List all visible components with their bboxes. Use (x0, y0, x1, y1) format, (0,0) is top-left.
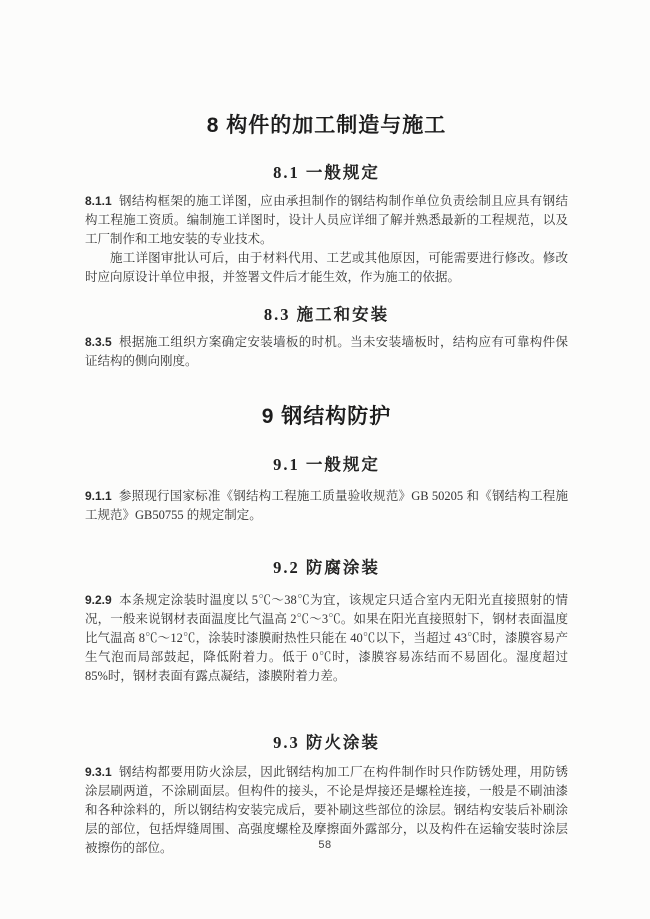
clause-8-3-5-text: 根据施工组织方案确定安装墙板的时机。当未安装墙板时，结构应有可靠构件保证结构的侧… (85, 335, 568, 368)
clause-9-1-1-text: 参照现行国家标准《钢结构工程施工质量验收规范》GB 50205 和《钢结构工程施… (85, 489, 568, 522)
section-9-1-heading: 9.1 一般规定 (85, 455, 568, 475)
clause-8-1-1: 8.1.1钢结构框架的施工详图，应由承担制作的钢结构制作单位负责绘制且应具有钢结… (85, 192, 568, 249)
clause-8-3-5-number: 8.3.5 (85, 335, 112, 349)
clause-9-2-9: 9.2.9本条规定涂装时温度以 5℃～38℃为宜，该规定只适合室内无阳光直接照射… (85, 591, 568, 686)
clause-8-1-1-continuation: 施工详图审批认可后，由于材料代用、工艺或其他原因，可能需要进行修改。修改时应向原… (85, 249, 568, 287)
clause-8-1-1-number: 8.1.1 (85, 194, 112, 208)
clause-9-1-1-number: 9.1.1 (85, 489, 112, 503)
section-9-2-heading: 9.2 防腐涂装 (85, 558, 568, 578)
clause-9-2-9-text: 本条规定涂装时温度以 5℃～38℃为宜，该规定只适合室内无阳光直接照射的情况，一… (85, 593, 568, 683)
section-8-1-heading: 8.1 一般规定 (85, 163, 568, 183)
document-page: 8 构件的加工制造与施工 8.1 一般规定 8.1.1钢结构框架的施工详图，应由… (0, 0, 650, 919)
clause-8-3-5: 8.3.5根据施工组织方案确定安装墙板的时机。当未安装墙板时，结构应有可靠构件保… (85, 333, 568, 371)
clause-9-2-9-number: 9.2.9 (85, 593, 112, 607)
section-9-3-heading: 9.3 防火涂装 (85, 733, 568, 753)
chapter-8-title: 8 构件的加工制造与施工 (85, 112, 568, 140)
chapter-9-title: 9 钢结构防护 (85, 403, 568, 431)
clause-9-3-1-number: 9.3.1 (85, 765, 112, 779)
section-8-3-heading: 8.3 施工和安装 (85, 305, 568, 325)
clause-8-1-1-continuation-text: 施工详图审批认可后，由于材料代用、工艺或其他原因，可能需要进行修改。修改时应向原… (85, 251, 568, 284)
clause-9-1-1: 9.1.1参照现行国家标准《钢结构工程施工质量验收规范》GB 50205 和《钢… (85, 487, 568, 525)
clause-8-1-1-text: 钢结构框架的施工详图，应由承担制作的钢结构制作单位负责绘制且应具有钢结构工程施工… (85, 194, 568, 246)
page-number: 58 (0, 839, 650, 851)
